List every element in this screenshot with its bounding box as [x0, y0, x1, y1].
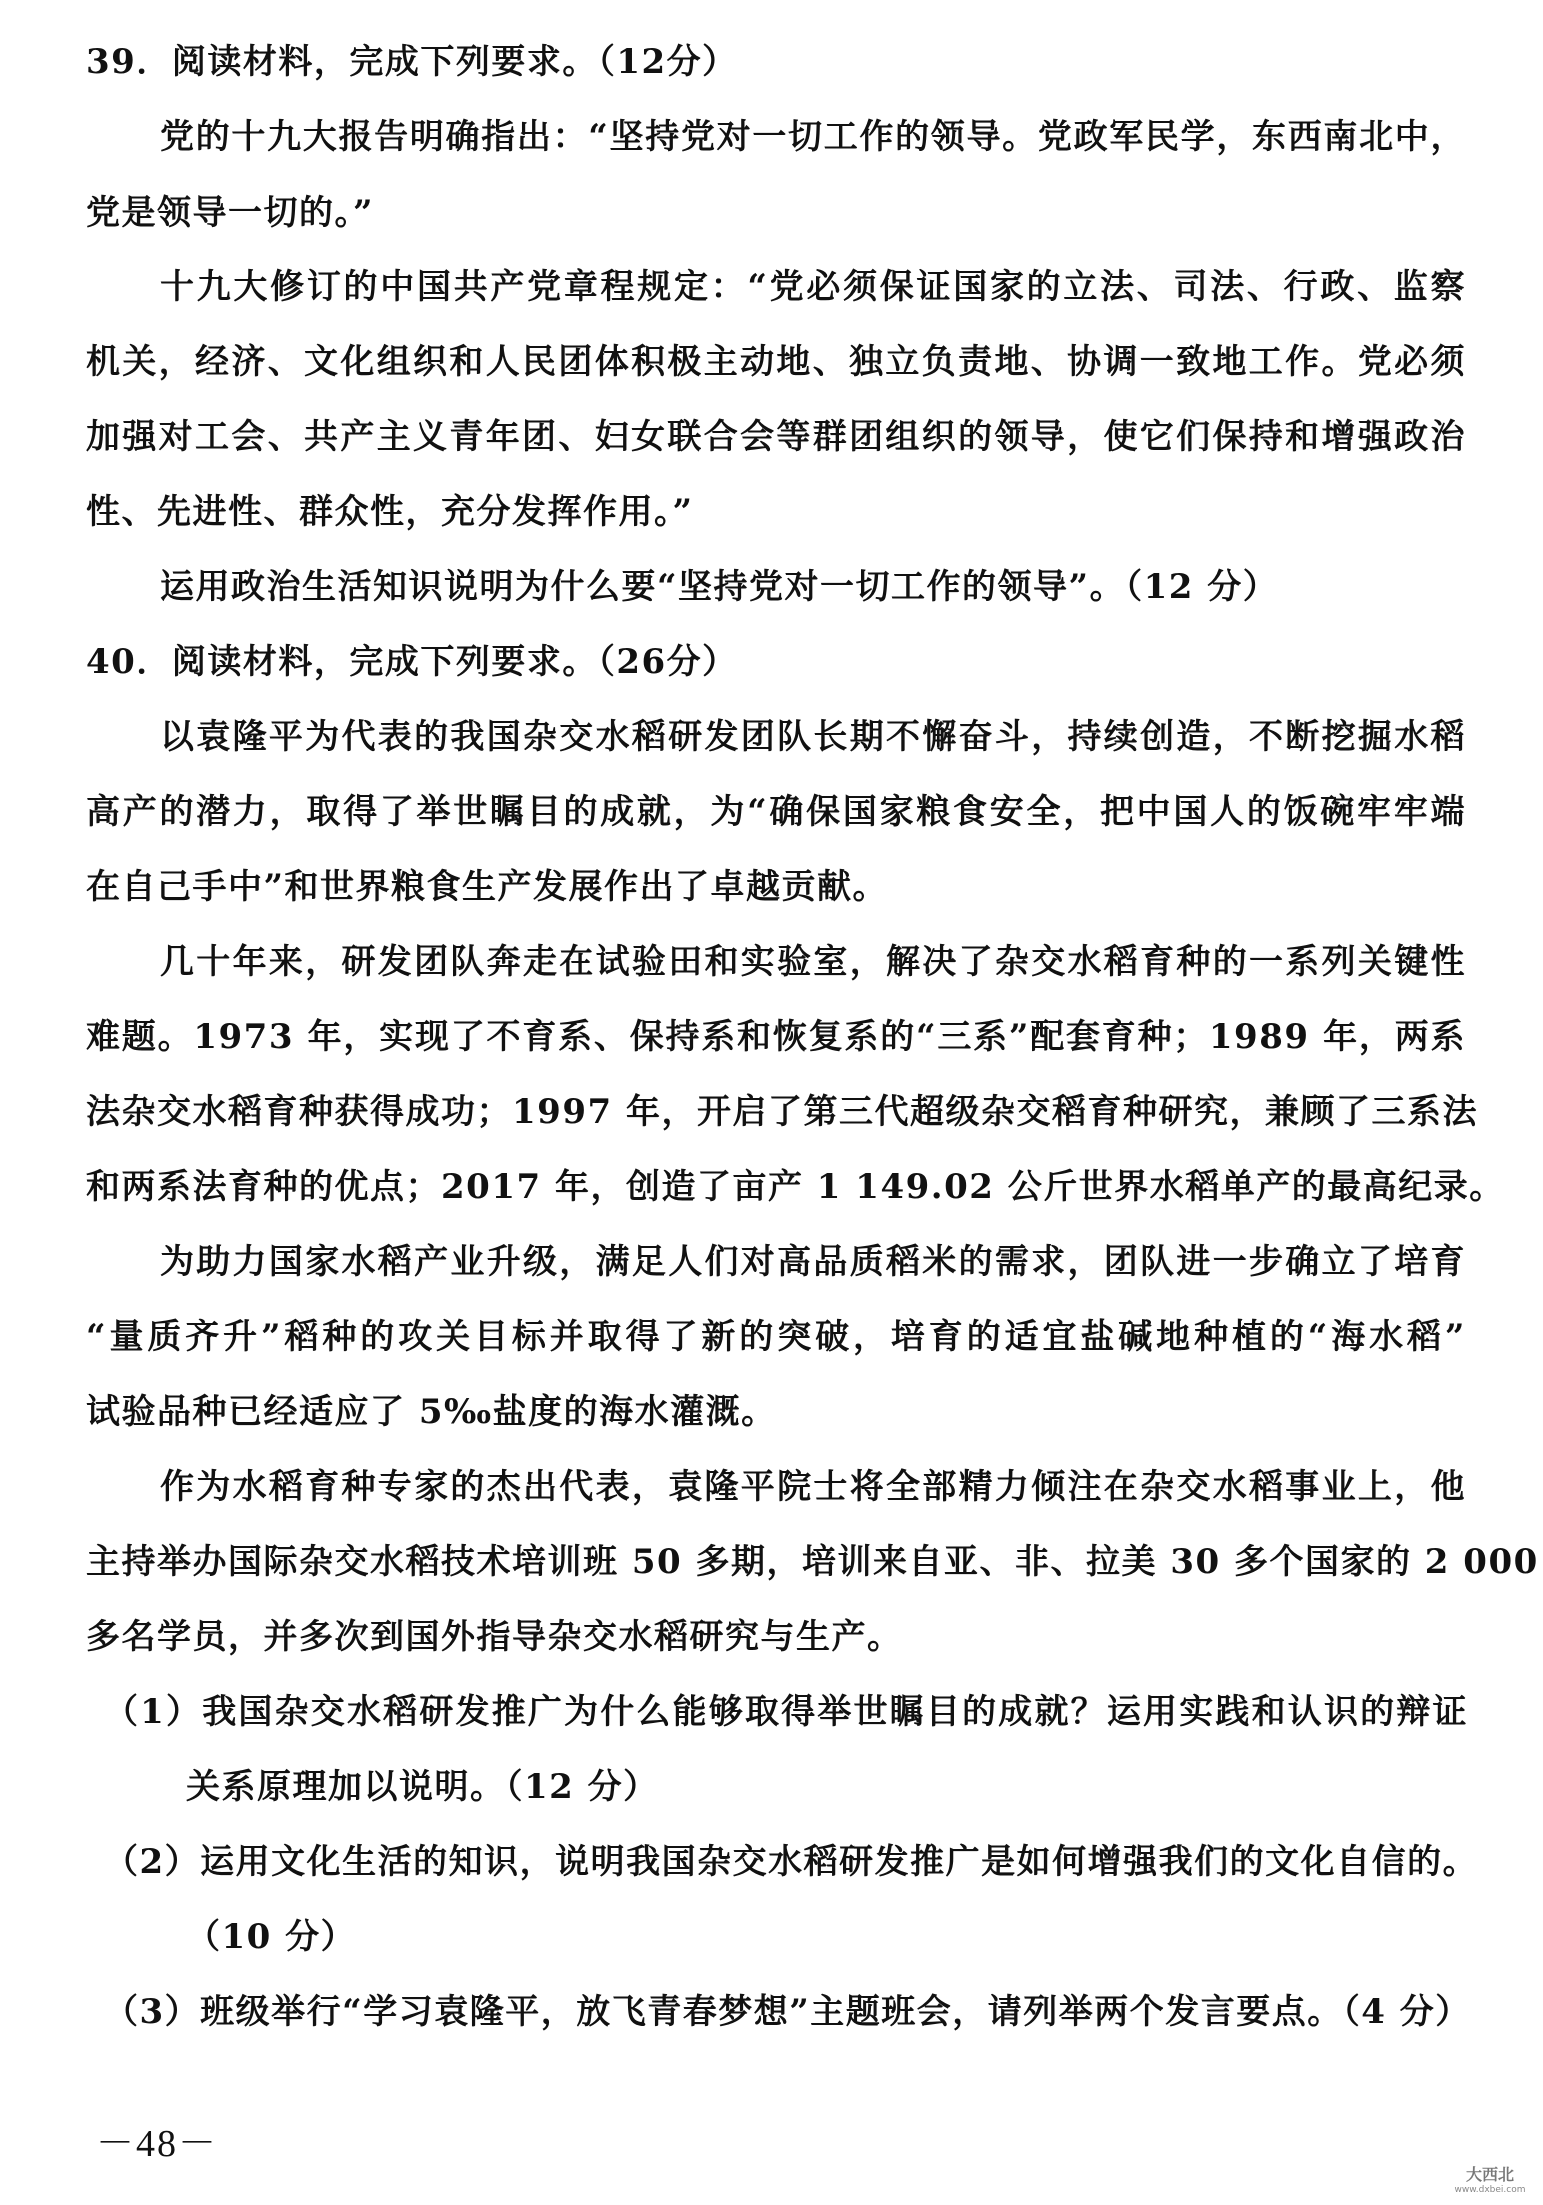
page-number: －48－ [96, 2112, 218, 2167]
question-39-header: 39．阅读材料，完成下列要求。（12分） [86, 42, 738, 82]
q40-sub2-line1: （2）运用文化生活的知识，说明我国杂交水稻研发推广是如何增强我们的文化自信的。 [104, 1842, 1478, 1882]
q40-para4-line2: 主持举办国际杂交水稻技术培训班 50 多期，培训来自亚、非、拉美 30 多个国家… [86, 1542, 1466, 1582]
q39-para1-line2: 党是领导一切的。” [86, 193, 374, 233]
q40-sub1-line1: （1）我国杂交水稻研发推广为什么能够取得举世瞩目的成就？运用实践和认识的辩证 [104, 1692, 1468, 1732]
watermark-url: www.dxbei.com [1440, 2185, 1540, 2195]
watermark: 大西北 www.dxbei.com [1440, 2162, 1540, 2202]
q40-para2-line2: 难题。1973 年，实现了不育系、保持系和恢复系的“三系”配套育种；1989 年… [86, 1017, 1466, 1057]
q40-para2-line4: 和两系法育种的优点；2017 年，创造了亩产 1 149.02 公斤世界水稻单产… [86, 1167, 1505, 1207]
q40-para4-line1: 作为水稻育种专家的杰出代表，袁隆平院士将全部精力倾注在杂交水稻事业上，他 [160, 1467, 1466, 1507]
q40-sub1-line2: 关系原理加以说明。（12 分） [186, 1767, 659, 1807]
watermark-logo: 大西北 [1440, 2162, 1540, 2185]
q40-para4-line3: 多名学员，并多次到国外指导杂交水稻研究与生产。 [86, 1617, 903, 1657]
question-40-header: 40．阅读材料，完成下列要求。（26分） [86, 642, 738, 682]
q40-para1-line1: 以袁隆平为代表的我国杂交水稻研发团队长期不懈奋斗，持续创造，不断挖掘水稻 [160, 717, 1466, 757]
q40-para2-line3: 法杂交水稻育种获得成功；1997 年，开启了第三代超级杂交稻育种研究，兼顾了三系… [86, 1092, 1466, 1132]
q40-para3-line2: “量质齐升”稻种的攻关目标并取得了新的突破，培育的适宜盐碱地种植的“海水稻” [86, 1317, 1466, 1357]
q40-para3-line3: 试验品种已经适应了 5‰盐度的海水灌溉。 [86, 1392, 777, 1432]
q39-question: 运用政治生活知识说明为什么要“坚持党对一切工作的领导”。（12 分） [160, 567, 1278, 607]
q40-sub3: （3）班级举行“学习袁隆平，放飞青春梦想”主题班会，请列举两个发言要点。（4 分… [104, 1992, 1471, 2032]
q40-sub2-line2: （10 分） [186, 1917, 356, 1957]
q39-para2-line4: 性、先进性、群众性，充分发挥作用。” [86, 492, 694, 532]
q39-para2-line1: 十九大修订的中国共产党章程规定：“党必须保证国家的立法、司法、行政、监察 [160, 267, 1466, 307]
q40-para3-line1: 为助力国家水稻产业升级，满足人们对高品质稻米的需求，团队进一步确立了培育 [160, 1242, 1466, 1282]
q40-para1-line2: 高产的潜力，取得了举世瞩目的成就，为“确保国家粮食安全，把中国人的饭碗牢牢端 [86, 792, 1466, 832]
q39-para1-line1: 党的十九大报告明确指出：“坚持党对一切工作的领导。党政军民学，东西南北中， [160, 117, 1466, 157]
q39-para2-line3: 加强对工会、共产主义青年团、妇女联合会等群团组织的领导，使它们保持和增强政治 [86, 417, 1466, 457]
q40-para2-line1: 几十年来，研发团队奔走在试验田和实验室，解决了杂交水稻育种的一系列关键性 [160, 942, 1466, 982]
q40-para1-line3: 在自己手中”和世界粮食生产发展作出了卓越贡献。 [86, 867, 888, 907]
q39-para2-line2: 机关，经济、文化组织和人民团体积极主动地、独立负责地、协调一致地工作。党必须 [86, 342, 1466, 382]
